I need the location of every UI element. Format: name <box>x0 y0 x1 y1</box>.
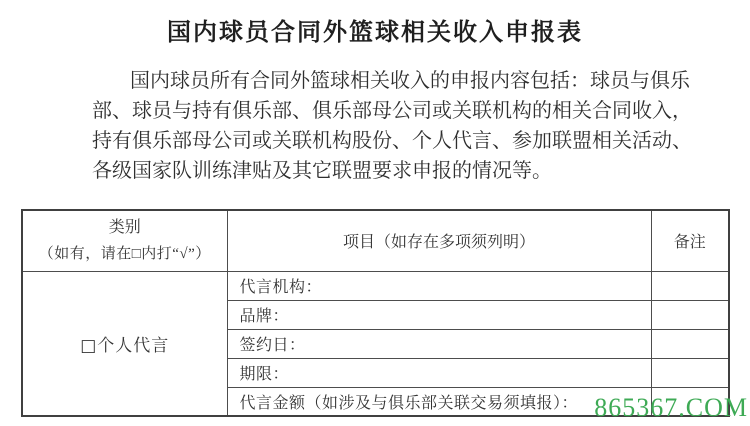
category-personal-endorsement-cell: □个人代言 <box>22 271 227 416</box>
table-row: □个人代言 代言机构： <box>22 271 729 300</box>
intro-paragraph: 国内球员所有合同外篮球相关收入的申报内容包括：球员与俱乐 部、球员与持有俱乐部、… <box>92 66 689 186</box>
item-brand: 品牌： <box>227 300 651 329</box>
remark-cell <box>651 271 729 300</box>
income-declaration-table: 类别 （如有，请在□内打“√”） 项目（如存在多项须列明） 备注 □个人代言 代… <box>21 209 730 417</box>
header-category-title: 类别 <box>23 215 227 241</box>
personal-endorsement-checkbox: □ <box>80 336 97 356</box>
item-endorsement-agency: 代言机构： <box>227 271 651 300</box>
header-category: 类别 （如有，请在□内打“√”） <box>22 210 227 271</box>
intro-line-3: 持有俱乐部母公司或关联机构股份、个人代言、参加联盟相关活动、 <box>92 126 689 156</box>
document-page: 国内球员合同外篮球相关收入申报表 国内球员所有合同外篮球相关收入的申报内容包括：… <box>0 0 750 426</box>
personal-endorsement-label: 个人代言 <box>97 336 169 355</box>
header-remark: 备注 <box>651 210 729 271</box>
remark-cell <box>651 300 729 329</box>
item-endorsement-amount: 代言金额（如涉及与俱乐部关联交易须填报）： <box>227 387 651 416</box>
remark-cell <box>651 329 729 358</box>
table-header-row: 类别 （如有，请在□内打“√”） 项目（如存在多项须列明） 备注 <box>22 210 729 271</box>
item-signing-date: 签约日： <box>227 329 651 358</box>
site-watermark: 865367.COM <box>594 393 748 423</box>
intro-line-1: 国内球员所有合同外篮球相关收入的申报内容包括：球员与俱乐 <box>92 66 689 96</box>
header-item: 项目（如存在多项须列明） <box>227 210 651 271</box>
item-term: 期限： <box>227 358 651 387</box>
remark-cell <box>651 358 729 387</box>
intro-line-2: 部、球员与持有俱乐部、俱乐部母公司或关联机构的相关合同收入， <box>92 96 689 126</box>
intro-line-4: 各级国家队训练津贴及其它联盟要求申报的情况等。 <box>92 156 689 186</box>
form-title: 国内球员合同外篮球相关收入申报表 <box>0 12 750 47</box>
header-category-instruction: （如有，请在□内打“√”） <box>23 241 227 267</box>
